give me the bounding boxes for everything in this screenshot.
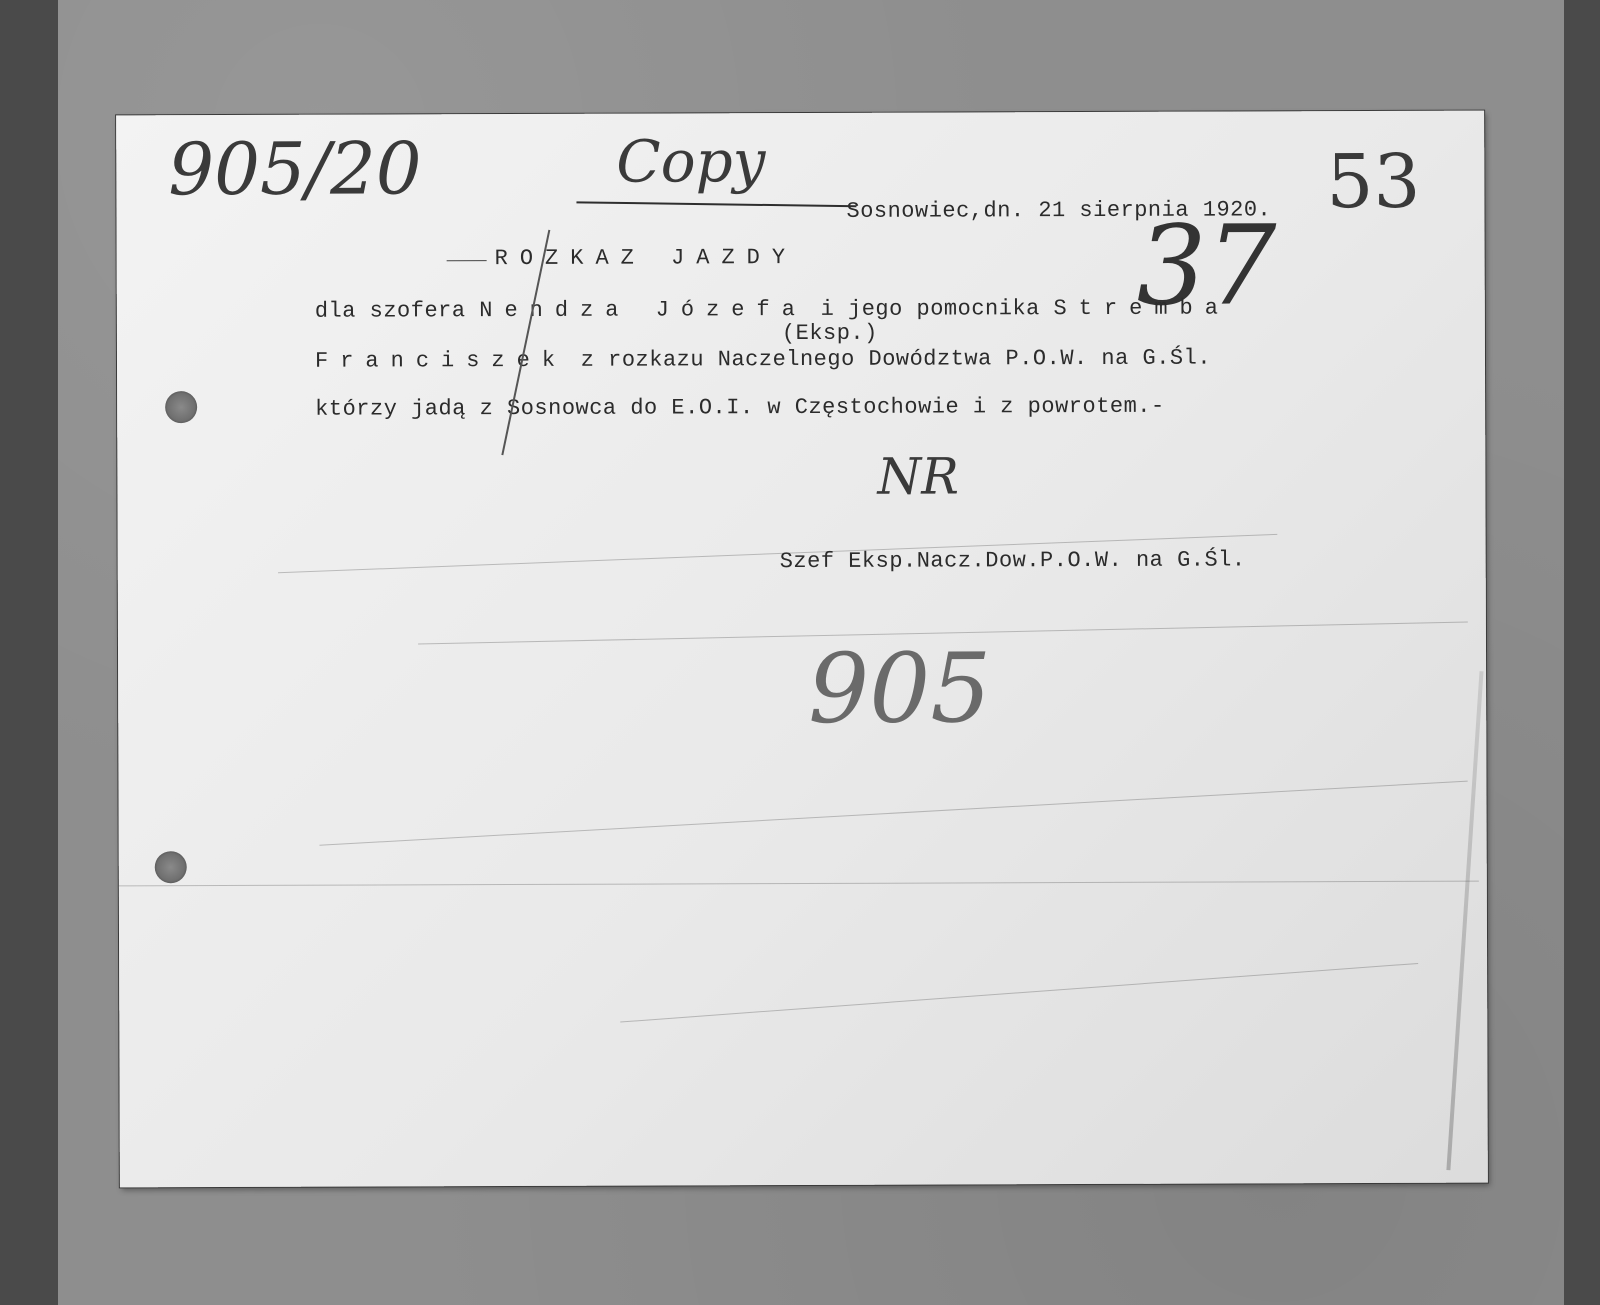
document-page: 905/20 Copy 53 37 Sosnowiec,dn. 21 sierp… <box>116 111 1488 1188</box>
body-text: dla szofera <box>315 298 466 324</box>
assistant-surname: Stremba <box>1053 296 1230 322</box>
punch-hole-upper <box>165 391 197 423</box>
folio-number: 53 <box>1326 139 1420 225</box>
scan-border-right <box>1564 0 1600 1305</box>
signature-title: Szef Eksp.Nacz.Dow.P.O.W. na G.Śl. <box>780 547 1246 574</box>
copy-label: Copy <box>616 127 765 196</box>
body-line-3: którzy jadą z Sosnowca do E.O.I. w Częst… <box>315 394 1165 422</box>
place-date: Sosnowiec,dn. 21 sierpnia 1920. <box>846 197 1271 223</box>
scan-border-left <box>0 0 58 1305</box>
paper-crease <box>1446 671 1483 1170</box>
scratch-line <box>119 881 1479 887</box>
assistant-firstname: Franciszek <box>315 348 567 374</box>
body-subscript: (Eksp.) <box>782 321 878 346</box>
copy-underline <box>576 201 856 207</box>
pencil-number: 905 <box>808 632 992 745</box>
body-line-1: dla szofera Nendza Józefa i jego pomocni… <box>315 296 1230 324</box>
punch-hole-lower <box>155 851 187 883</box>
body-text: z rozkazu Naczelnego Dowództwa P.O.W. na… <box>581 346 1211 373</box>
signature-initials: NR <box>877 447 959 505</box>
scratch-line <box>620 963 1418 1023</box>
archive-number: 905/20 <box>168 126 422 211</box>
scratch-line <box>319 781 1467 846</box>
body-text: i jego pomocnika <box>821 296 1040 322</box>
body-line-2: Franciszek z rozkazu Naczelnego Dowództw… <box>315 346 1211 374</box>
driver-name: Nendza Józefa <box>479 297 807 323</box>
title-dash <box>447 260 487 261</box>
